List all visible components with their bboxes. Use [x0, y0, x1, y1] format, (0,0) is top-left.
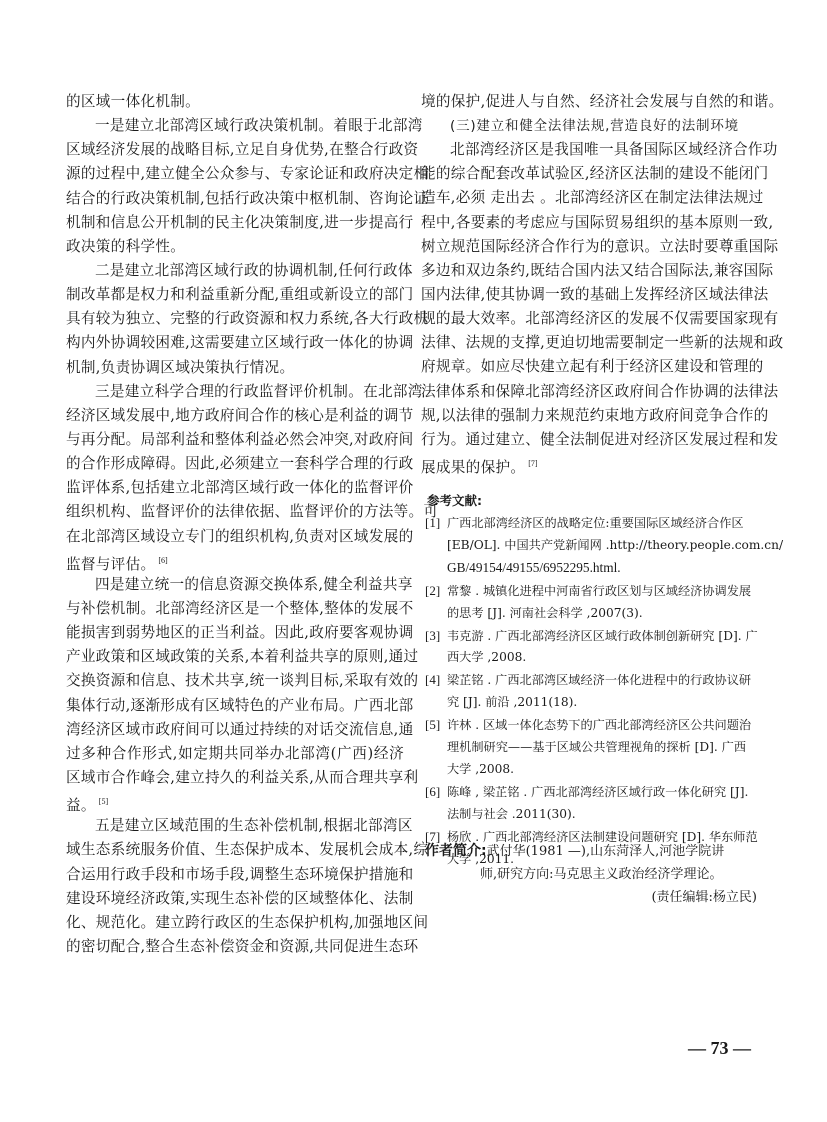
line-text: 域生态系统服务价值、生态保护成本、发展机会成本,综 — [66, 841, 428, 858]
body-text-line: 结合的行政决策机制,包括行政决策中枢机制、咨询论证 — [66, 187, 404, 211]
body-text-line: 三是建立科学合理的行政监督评价机制。在北部湾 — [66, 380, 404, 404]
line-text: 程中,各要素的考虑应与国际贸易组织的基本原则一致, — [421, 214, 773, 231]
line-text: 规,以法律的强制力来规范约束地方政府间竞争合作的 — [421, 407, 769, 424]
line-text: 化、规范化。建立跨行政区的生态保护机构,加强地区间 — [66, 914, 428, 931]
body-text-line: 政决策的科学性。 — [66, 235, 404, 259]
line-text: 三是建立科学合理的行政监督评价机制。在北部湾 — [95, 383, 423, 400]
reference-item: [5]许林 . 区域一体化态势下的广西北部湾经济区公共问题治理机制研究——基于区… — [425, 714, 765, 781]
body-text-line: 的合作形成障碍。因此,必须建立一套科学合理的行政 — [66, 452, 404, 476]
references-list: [1]广西北部湾经济区的战略定位:重要国际区域经济合作区[EB/OL]. 中国共… — [425, 512, 765, 871]
body-text-line: 制改革都是权力和利益重新分配,重组或新设立的部门 — [66, 283, 404, 307]
line-text: 国内法律,使其协调一致的基础上发挥经济区域法律法 — [421, 286, 769, 303]
body-text-line: 域生态系统服务价值、生态保护成本、发展机会成本,综 — [66, 838, 404, 862]
body-text-line: 五是建立区域范围的生态补偿机制,根据北部湾区 — [66, 814, 404, 838]
line-text: 构内外协调较困难,这需要建立区域行政一体化的协调 — [66, 334, 414, 351]
line-text: 区域经济发展的战略目标,立足自身优势,在整合行政资 — [66, 141, 418, 158]
section-body: 北部湾经济区是我国唯一具备国际区域经济合作功能的综合配套改革试验区,经济区法制的… — [421, 138, 759, 476]
line-text: 机制和信息公开机制的民主化决策制度,进一步提高行 — [66, 214, 414, 231]
line-text: 益。 — [66, 797, 96, 814]
line-text: 产业政策和区域政策的关系,本着利益共享的原则,通过 — [66, 648, 418, 665]
right-column: 境的保护,促进人与自然、经济社会发展与自然的和谐。 (三)建立和健全法律法规,营… — [421, 90, 759, 476]
reference-item: [2]常黎 . 城镇化进程中河南省行政区划与区域经济协调发展的思考 [J]. 河… — [425, 580, 765, 625]
body-text-line: 与再分配。局部利益和整体利益必然会冲突,对政府间 — [66, 428, 404, 452]
reference-item: [3]韦克游 . 广西北部湾经济区区域行政体制创新研究 [D]. 广西大学 ,2… — [425, 625, 765, 670]
reference-number: [4] — [425, 669, 447, 691]
line-text: 的合作形成障碍。因此,必须建立一套科学合理的行政 — [66, 455, 414, 472]
line-text: 组织机构、监督评价的法律依据、监督评价的方法等。可 — [66, 503, 438, 520]
body-text-line: 法律、法规的支撑,更迫切地需要制定一些新的法规和政 — [421, 331, 759, 355]
body-text-line: 监督与评估。[6] — [66, 549, 404, 573]
body-text-line: 监评体系,包括建立北部湾区域行政一体化的监督评价 — [66, 476, 404, 500]
line-text: 制改革都是权力和利益重新分配,重组或新设立的部门 — [66, 286, 414, 303]
line-text: 机制,负责协调区域决策执行情况。 — [66, 359, 294, 376]
body-text-line: 规,以法律的强制力来规范约束地方政府间竞争合作的 — [421, 404, 759, 428]
reference-text: 许林 . 区域一体化态势下的广西北部湾经济区公共问题治 — [447, 718, 751, 732]
body-text-line: 化、规范化。建立跨行政区的生态保护机构,加强地区间 — [66, 911, 404, 935]
reference-text: GB/49154/49155/6952295.html. — [447, 560, 621, 575]
line-text: 区域市合作峰会,建立持久的利益关系,从而合理共享利 — [66, 769, 418, 786]
body-text-line: 构内外协调较困难,这需要建立区域行政一体化的协调 — [66, 331, 404, 355]
body-text-line: 益。[5] — [66, 790, 404, 814]
citation-marker: [7] — [528, 459, 537, 468]
body-text-line: 组织机构、监督评价的法律依据、监督评价的方法等。可 — [66, 500, 404, 524]
body-text-line: 能损害到弱势地区的正当利益。因此,政府要客观协调 — [66, 621, 404, 645]
line-text: 法律、法规的支撑,更迫切地需要制定一些新的法规和政 — [421, 334, 783, 351]
line-text: 四是建立统一的信息资源交换体系,健全利益共享 — [95, 576, 413, 593]
line-text: 府规章。如应尽快建立起有利于经济区建设和管理的 — [421, 358, 764, 375]
reference-text: 常黎 . 城镇化进程中河南省行政区划与区域经济协调发展 — [447, 584, 751, 598]
reference-text: 究 [J]. 前沿 ,2011(18). — [447, 695, 577, 709]
author-bio-text: 武付华(1981 —),山东菏泽人,河池学院讲 — [487, 844, 725, 859]
body-text-line: 府规章。如应尽快建立起有利于经济区建设和管理的 — [421, 355, 759, 379]
body-text-line: 境的保护,促进人与自然、经济社会发展与自然的和谐。 — [421, 90, 759, 114]
body-text-line: 的密切配合,整合生态补偿资金和资源,共同促进生态环 — [66, 935, 404, 959]
line-text: 合运用行政手段和市场手段,调整生态环境保护措施和 — [66, 866, 414, 883]
citation-marker: [6] — [158, 556, 167, 565]
body-text-line: 区域经济发展的战略目标,立足自身优势,在整合行政资 — [66, 138, 404, 162]
references-section: 参考文献: [1]广西北部湾经济区的战略定位:重要国际区域经济合作区[EB/OL… — [425, 490, 765, 871]
reference-continuation: 大学 ,2008. — [425, 759, 765, 781]
body-text-line: 经济区域发展中,地方政府间合作的核心是利益的调节 — [66, 404, 404, 428]
reference-number: [3] — [425, 625, 447, 647]
body-text-line: 造车,必须 走出去 。北部湾经济区在制定法律法规过 — [421, 186, 759, 210]
body-text-line: 展成果的保护。[7] — [421, 452, 759, 476]
line-text: 结合的行政决策机制,包括行政决策中枢机制、咨询论证 — [66, 190, 428, 207]
body-text-line: 合运用行政手段和市场手段,调整生态环境保护措施和 — [66, 863, 404, 887]
reference-continuation: 理机制研究——基于区域公共管理视角的探析 [D]. 广西 — [425, 737, 765, 759]
body-text-line: 一是建立北部湾区域行政决策机制。着眼于北部湾 — [66, 114, 404, 138]
reference-item: [6]陈峰 , 梁芷铭 . 广西北部湾经济区域行政一体化研究 [J].法制与社会… — [425, 781, 765, 826]
body-text-line: 规的最大效率。北部湾经济区的发展不仅需要国家现有 — [421, 307, 759, 331]
reference-text: 西大学 ,2008. — [447, 650, 526, 664]
reference-item: [1]广西北部湾经济区的战略定位:重要国际区域经济合作区[EB/OL]. 中国共… — [425, 512, 765, 580]
reference-continuation: GB/49154/49155/6952295.html. — [425, 557, 765, 580]
line-text: 交换资源和信息、技术共享,统一谈判目标,采取有效的 — [66, 672, 418, 689]
body-text-line: 建设环境经济政策,实现生态补偿的区域整体化、法制 — [66, 887, 404, 911]
reference-text: 法制与社会 .2011(30). — [447, 807, 576, 821]
body-text-line: 北部湾经济区是我国唯一具备国际区域经济合作功 — [421, 138, 759, 162]
line-text: 监评体系,包括建立北部湾区域行政一体化的监督评价 — [66, 479, 414, 496]
reference-number: [6] — [425, 781, 447, 803]
line-text: 展成果的保护。 — [421, 459, 525, 476]
line-text: 政决策的科学性。 — [66, 238, 185, 255]
reference-item: [4]梁芷铭 . 广西北部湾区域经济一体化进程中的行政协议研究 [J]. 前沿 … — [425, 669, 765, 714]
body-text-line: 的区域一体化机制。 — [66, 90, 404, 114]
line-text: 二是建立北部湾区域行政的协调机制,任何行政体 — [95, 262, 413, 279]
reference-text: 大学 ,2008. — [447, 762, 514, 776]
line-text: 湾经济区域市政府间可以通过持续的对话交流信息,通 — [66, 721, 414, 738]
line-text: 能的综合配套改革试验区,经济区法制的建设不能闭门 — [421, 165, 769, 182]
body-text-line: 具有较为独立、完整的行政资源和权力系统,各大行政机 — [66, 307, 404, 331]
body-text-line: 交换资源和信息、技术共享,统一谈判目标,采取有效的 — [66, 669, 404, 693]
reference-text: 韦克游 . 广西北部湾经济区区域行政体制创新研究 [D]. 广 — [447, 629, 758, 643]
line-text: 一是建立北部湾区域行政决策机制。着眼于北部湾 — [95, 117, 423, 134]
reference-text: 广西北部湾经济区的战略定位:重要国际区域经济合作区 — [447, 516, 744, 530]
reference-number: [2] — [425, 580, 447, 602]
line-text: 建设环境经济政策,实现生态补偿的区域整体化、法制 — [66, 890, 414, 907]
reference-text: [EB/OL]. 中国共产党新闻网 .http://theory.people.… — [447, 538, 783, 552]
reference-text: 梁芷铭 . 广西北部湾区域经济一体化进程中的行政协议研 — [447, 673, 751, 687]
reference-first-line: [1]广西北部湾经济区的战略定位:重要国际区域经济合作区 — [425, 512, 765, 535]
page-number: — 73 — — [688, 1038, 751, 1059]
line-text: 经济区域发展中,地方政府间合作的核心是利益的调节 — [66, 407, 414, 424]
citation-marker: [5] — [99, 797, 108, 806]
body-text-line: 树立规范国际经济合作行为的意识。立法时要尊重国际 — [421, 235, 759, 259]
reference-continuation: 西大学 ,2008. — [425, 647, 765, 669]
reference-number: [1] — [425, 512, 447, 534]
line-text: 规的最大效率。北部湾经济区的发展不仅需要国家现有 — [421, 310, 778, 327]
reference-continuation: 的思考 [J]. 河南社会科学 ,2007(3). — [425, 603, 765, 625]
body-text-line: 法律体系和保障北部湾经济区政府间合作协调的法律法 — [421, 380, 759, 404]
line-text: 源的过程中,建立健全公众参与、专家论证和政府决定相 — [66, 165, 428, 182]
body-text-line: 能的综合配套改革试验区,经济区法制的建设不能闭门 — [421, 162, 759, 186]
line-text: 五是建立区域范围的生态补偿机制,根据北部湾区 — [95, 817, 413, 834]
body-text-line: 湾经济区域市政府间可以通过持续的对话交流信息,通 — [66, 718, 404, 742]
body-text-line: 集体行动,逐渐形成有区域特色的产业布局。广西北部 — [66, 694, 404, 718]
line-text: 能损害到弱势地区的正当利益。因此,政府要客观协调 — [66, 624, 414, 641]
line-text: 集体行动,逐渐形成有区域特色的产业布局。广西北部 — [66, 697, 414, 714]
reference-first-line: [3]韦克游 . 广西北部湾经济区区域行政体制创新研究 [D]. 广 — [425, 625, 765, 648]
body-text-line: 源的过程中,建立健全公众参与、专家论证和政府决定相 — [66, 162, 404, 186]
body-text-line: 多边和双边条约,既结合国内法又结合国际法,兼容国际 — [421, 259, 759, 283]
body-text-line: 过多种合作形式,如定期共同举办北部湾(广西)经济 — [66, 742, 404, 766]
author-bio-text-cont: 师,研究方向:马克思主义政治经济学理论。 — [425, 863, 765, 886]
references-title: 参考文献: — [427, 490, 765, 512]
line-text: 监督与评估。 — [66, 556, 155, 573]
reference-number: [5] — [425, 714, 447, 736]
reference-text: 的思考 [J]. 河南社会科学 ,2007(3). — [447, 606, 643, 620]
line-text: 造车,必须 走出去 。北部湾经济区在制定法律法规过 — [421, 189, 763, 206]
line-text: 过多种合作形式,如定期共同举办北部湾(广西)经济 — [66, 745, 404, 762]
body-text-line: 程中,各要素的考虑应与国际贸易组织的基本原则一致, — [421, 211, 759, 235]
line-text: 与补偿机制。北部湾经济区是一个整体,整体的发展不 — [66, 600, 414, 617]
line-text: 的密切配合,整合生态补偿资金和资源,共同促进生态环 — [66, 938, 418, 955]
reference-text: 陈峰 , 梁芷铭 . 广西北部湾经济区域行政一体化研究 [J]. — [447, 785, 748, 799]
body-text-line: 机制,负责协调区域决策执行情况。 — [66, 356, 404, 380]
reference-first-line: [5]许林 . 区域一体化态势下的广西北部湾经济区公共问题治 — [425, 714, 765, 737]
left-column: 的区域一体化机制。一是建立北部湾区域行政决策机制。着眼于北部湾区域经济发展的战略… — [66, 90, 404, 959]
line-text: 与再分配。局部利益和整体利益必然会冲突,对政府间 — [66, 431, 414, 448]
body-text-line: 与补偿机制。北部湾经济区是一个整体,整体的发展不 — [66, 597, 404, 621]
reference-first-line: [6]陈峰 , 梁芷铭 . 广西北部湾经济区域行政一体化研究 [J]. — [425, 781, 765, 804]
line-text: 的区域一体化机制。 — [66, 93, 200, 110]
body-text-line: 区域市合作峰会,建立持久的利益关系,从而合理共享利 — [66, 766, 404, 790]
reference-first-line: [4]梁芷铭 . 广西北部湾区域经济一体化进程中的行政协议研 — [425, 669, 765, 692]
body-text-line: 行为。通过建立、健全法制促进对经济区发展过程和发 — [421, 428, 759, 452]
line-text: 行为。通过建立、健全法制促进对经济区发展过程和发 — [421, 431, 778, 448]
reference-continuation: [EB/OL]. 中国共产党新闻网 .http://theory.people.… — [425, 535, 765, 557]
author-bio: 作者简介:武付华(1981 —),山东菏泽人,河池学院讲 师,研究方向:马克思主… — [425, 840, 765, 909]
line-text: 在北部湾区域设立专门的组织机构,负责对区域发展的 — [66, 528, 414, 545]
line-text: 具有较为独立、完整的行政资源和权力系统,各大行政机 — [66, 310, 428, 327]
line-text: 法律体系和保障北部湾经济区政府间合作协调的法律法 — [421, 383, 778, 400]
reference-text: 理机制研究——基于区域公共管理视角的探析 [D]. 广西 — [447, 740, 746, 754]
line-text: 北部湾经济区是我国唯一具备国际区域经济合作功 — [450, 141, 778, 158]
line-text: 多边和双边条约,既结合国内法又结合国际法,兼容国际 — [421, 262, 773, 279]
line-text: 树立规范国际经济合作行为的意识。立法时要尊重国际 — [421, 238, 778, 255]
responsible-editor: (责任编辑:杨立民) — [425, 886, 765, 909]
body-text-line: 产业政策和区域政策的关系,本着利益共享的原则,通过 — [66, 645, 404, 669]
body-text-line: 四是建立统一的信息资源交换体系,健全利益共享 — [66, 573, 404, 597]
author-bio-label: 作者简介: — [425, 843, 487, 859]
body-text-line: 在北部湾区域设立专门的组织机构,负责对区域发展的 — [66, 525, 404, 549]
body-text-line: 机制和信息公开机制的民主化决策制度,进一步提高行 — [66, 211, 404, 235]
reference-continuation: 究 [J]. 前沿 ,2011(18). — [425, 692, 765, 714]
reference-continuation: 法制与社会 .2011(30). — [425, 804, 765, 826]
section-heading: (三)建立和健全法律法规,营造良好的法制环境 — [421, 114, 759, 138]
body-text-line: 二是建立北部湾区域行政的协调机制,任何行政体 — [66, 259, 404, 283]
body-text-line: 国内法律,使其协调一致的基础上发挥经济区域法律法 — [421, 283, 759, 307]
reference-first-line: [2]常黎 . 城镇化进程中河南省行政区划与区域经济协调发展 — [425, 580, 765, 603]
